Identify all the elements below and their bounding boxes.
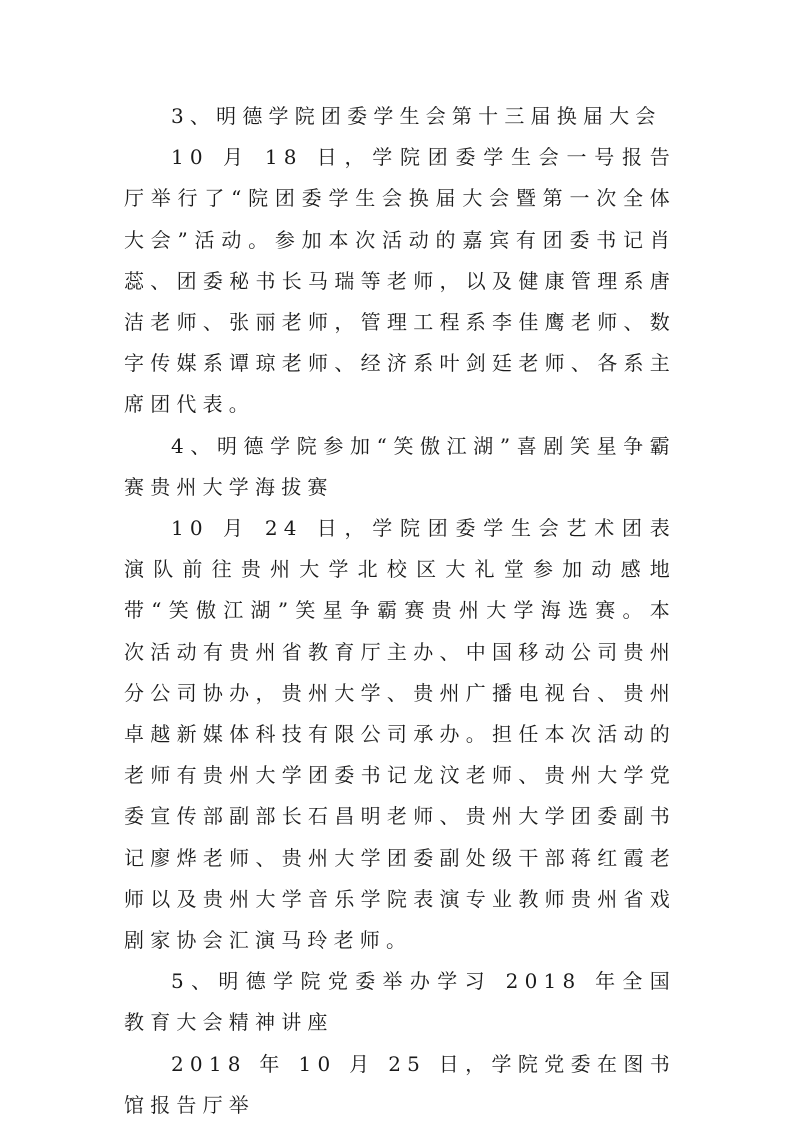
body-paragraph-5: 2018 年 10 月 25 日，学院党委在图书馆报告厅举 [124,1044,676,1122]
section-heading-4: 4、明德学院参加“笑傲江湖”喜剧笑星争霸赛贵州大学海拔赛 [124,426,676,508]
section-heading-5: 5、明德学院党委举办学习 2018 年全国教育大会精神讲座 [124,961,676,1043]
body-paragraph-3: 10 月 18 日，学院团委学生会一号报告厅举行了“院团委学生会换届大会暨第一次… [124,137,676,425]
document-page: 3、明德学院团委学生会第十三届换届大会 10 月 18 日，学院团委学生会一号报… [124,96,676,1122]
body-paragraph-4: 10 月 24 日，学院团委学生会艺术团表演队前往贵州大学北校区大礼堂参加动感地… [124,508,676,961]
section-heading-3: 3、明德学院团委学生会第十三届换届大会 [124,96,676,137]
